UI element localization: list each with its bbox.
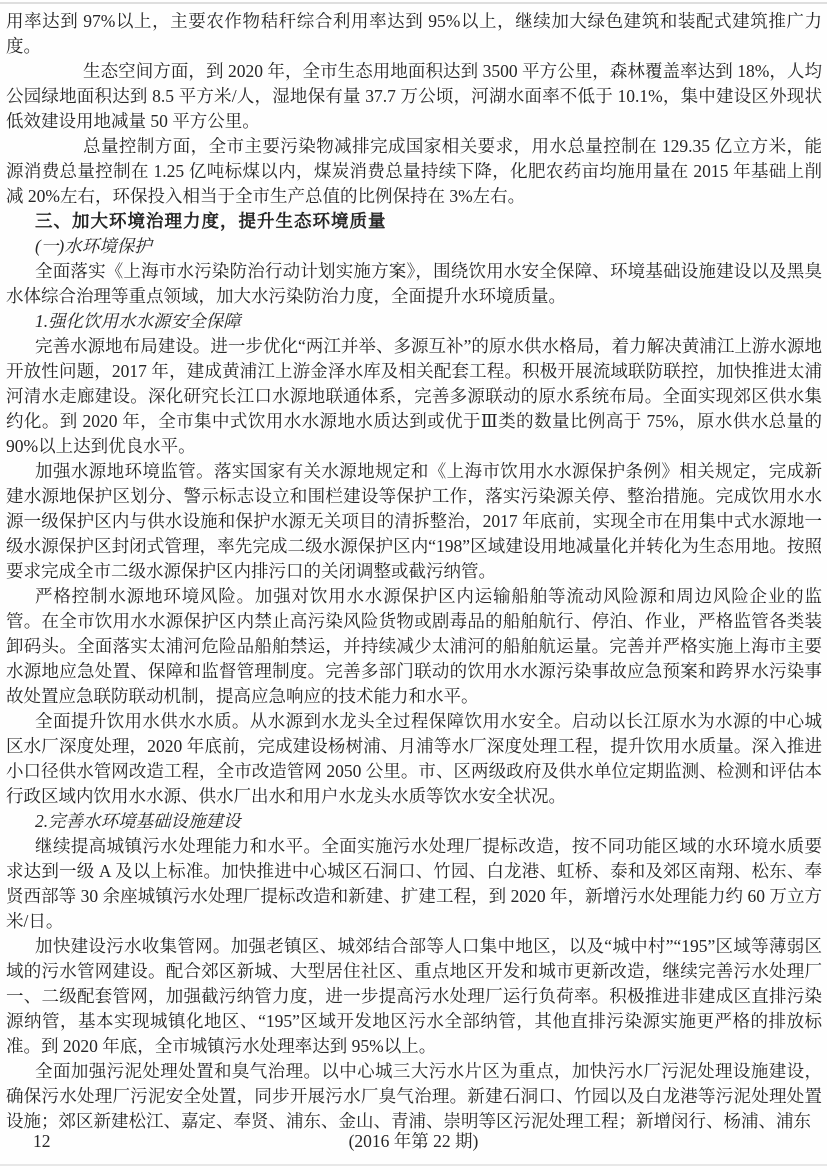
paragraph-continuation: 用率达到 97%以上，主要农作物秸秆综合利用率达到 95%以上，继续加大绿色建筑… (6, 9, 822, 59)
section-heading-3: 三、加大环境治理力度，提升生态环境质量 (6, 209, 822, 234)
scan-artifact-bottom (0, 1164, 827, 1166)
paragraph-water-quality: 全面提升饮用水供水水质。从水源到水龙头全过程保障饮用水安全。启动以长江原水为水源… (6, 709, 822, 809)
subsection-heading-water: (一)水环境保护 (6, 234, 822, 259)
paragraph-water-plan: 全面落实《上海市水污染防治行动计划实施方案》，围绕饮用水安全保障、环境基础设施建… (6, 259, 822, 309)
paragraph-sludge-treatment: 全面加强污泥处理处置和臭气治理。以中心城三大污水片区为重点，加快污水厂污泥处理设… (6, 1059, 822, 1134)
paragraph-source-supervision: 加强水源地环境监管。落实国家有关水源地规定和《上海市饮用水水源保护条例》相关规定… (6, 459, 822, 584)
paragraph-sewage-capacity: 继续提高城镇污水处理能力和水平。全面实施污水处理厂提标改造，按不同功能区域的水环… (6, 834, 822, 934)
issue-label: (2016 年第 22 期) (0, 1129, 827, 1154)
paragraph-sewage-network: 加快建设污水收集管网。加强老镇区、城郊结合部等人口集中地区，以及“城中村”“19… (6, 934, 822, 1059)
subheading-drinking-water-safety: 1.强化饮用水水源安全保障 (6, 309, 822, 334)
page-footer: 12 (2016 年第 22 期) (0, 1129, 827, 1154)
paragraph-total-control: 总量控制方面，全市主要污染物减排完成国家相关要求，用水总量控制在 129.35 … (6, 134, 822, 209)
document-page: 用率达到 97%以上，主要农作物秸秆综合利用率达到 95%以上，继续加大绿色建筑… (0, 0, 827, 1170)
subheading-infrastructure: 2.完善水环境基础设施建设 (6, 809, 822, 834)
paragraph-source-layout: 完善水源地布局建设。进一步优化“两江并举、多源互补”的原水供水格局，着力解决黄浦… (6, 334, 822, 459)
scan-artifact-top (0, 2, 827, 4)
paragraph-source-risk: 严格控制水源地环境风险。加强对饮用水水源保护区内运输船舶等流动风险源和周边风险企… (6, 584, 822, 709)
paragraph-eco-space: 生态空间方面，到 2020 年，全市生态用地面积达到 3500 平方公里，森林覆… (6, 59, 822, 134)
